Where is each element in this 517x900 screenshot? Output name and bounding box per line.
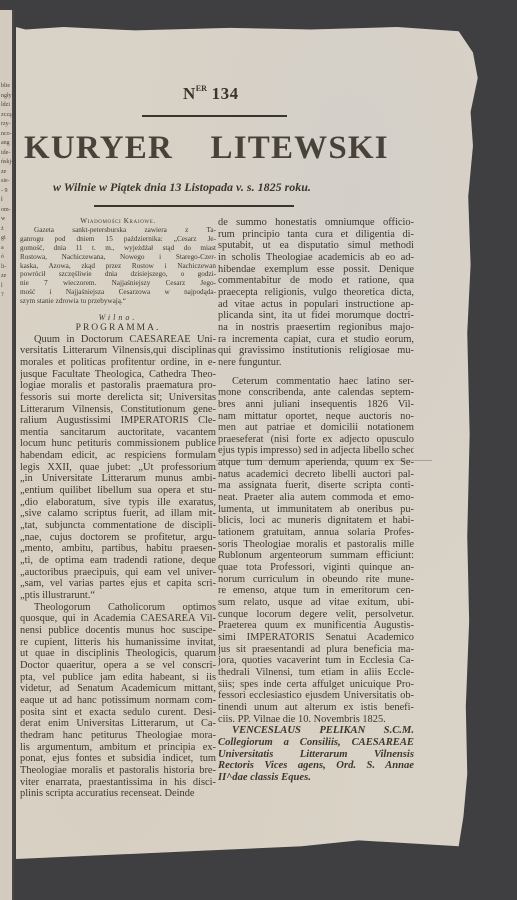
- text-line: logiae moralis et pastoralis praematura …: [20, 380, 216, 392]
- dateline: w Wilnie w Piątek dnia 13 Listopada v. s…: [53, 180, 311, 195]
- text-line: blicis, loci ac muneris dignitatem et ha…: [218, 515, 414, 527]
- text-line: „ti, de optima eam tradendi ratione, deq…: [20, 555, 216, 567]
- text-line: „ptis illustrarunt.“: [20, 590, 216, 602]
- city-heading: Wilno.: [20, 313, 216, 323]
- text-line: quae tota Professori, viginti quinque an…: [218, 562, 414, 574]
- text-line: morales et politicas profitentur ordine,…: [20, 357, 216, 369]
- text-line: thedrali Vilnensi, tum etiam in aliis Ec…: [218, 667, 414, 679]
- signature-block: VENCESLAUS PELIKAN S.C.M.Collegiorum a C…: [218, 725, 414, 783]
- text-line: nie 7 wieczorem. Najjaśniejszy Cesarz Je…: [20, 279, 216, 288]
- text-line: lumenta, ut immunitatem ab oneribus pu-: [218, 504, 414, 516]
- text-line: praeseferat (nisi forte ex adjecto opusc…: [218, 434, 414, 446]
- text-line: rum principio tanta cura et diligentia d…: [218, 229, 414, 241]
- right-column: de summo honestatis omniumque officio-ru…: [218, 217, 414, 784]
- text-line: soris Theologiae moralis et pastoralis m…: [218, 539, 414, 551]
- text-line: Gazeta sankt-petersburska zawiera z Ta-: [20, 226, 216, 235]
- text-line: Collegiorum a Consiliis, CAESAREAE: [218, 737, 414, 749]
- text-line: nam mittatur oportet, neque auctoris no-: [218, 411, 414, 423]
- text-line: jora, quoties vacaverint tum in Ecclesia…: [218, 655, 414, 667]
- news-heading: Wiadomości Krajowe.: [20, 217, 216, 226]
- text-line: eaque ut ad hanc potissimum normam com-: [20, 695, 216, 707]
- text-line: ralium Augustissimi IMPERATORIS Cle-: [20, 415, 216, 427]
- text-line: powrócił szczęśliwie dnia dzisiejszego, …: [20, 270, 216, 279]
- text-line: mentia sancitarum auctoritate, vacantem: [20, 427, 216, 439]
- text-line: „entium quilibet libellum sua opera et s…: [20, 485, 216, 497]
- text-line: derat enim Universitas Litterarum, ut Ca…: [20, 718, 216, 730]
- adjacent-page-edge: bliengłyldzizcząrzy-nco-angide-ńskj-zesi…: [0, 10, 14, 900]
- text-line: men aut patriae et domicilii notationem: [218, 422, 414, 434]
- text-line: plicanda sint, ita ut fidei morumque doc…: [218, 310, 414, 322]
- text-line: ponat, ejus fontes et subsidia indicet, …: [20, 753, 216, 765]
- text-line: Quum in Doctorum CAESAREAE Uni-: [20, 334, 216, 346]
- text-line: „auctoribus praecipuis, qui eam vel univ…: [20, 567, 216, 579]
- text-line: „mento, ambitu, partibus, habitu praesen…: [20, 543, 216, 555]
- programma-body: Quum in Doctorum CAESAREAE Uni-versitati…: [20, 334, 216, 602]
- text-line: nere funguntur.: [218, 357, 414, 369]
- masthead-title: KURYER LITEWSKI: [24, 130, 424, 167]
- programma-heading: PROGRAMMA.: [20, 323, 216, 334]
- text-line: re emenso, atque tum in emeritorum cen-: [218, 585, 414, 597]
- text-line: ut quae in disciplinis Theologicis, quar…: [20, 648, 216, 660]
- text-line: tationem gratuitam, annua solaria Profes…: [218, 527, 414, 539]
- newspaper-page: NER 134 KURYER LITEWSKI w Wilnie w Piąte…: [16, 27, 492, 876]
- text-line: ganrogu pod dniem 15 października: „Cesa…: [20, 235, 216, 244]
- text-line: ejus typis impresso) sed in adjecta libe…: [218, 445, 414, 457]
- rule-under-dateline: [94, 205, 294, 207]
- text-line: viter enarrata, praestantissima in his d…: [20, 777, 216, 789]
- text-line: mość i Najjaśniejsza Cesarzowa w najpodą…: [20, 288, 216, 297]
- text-line: in scholis Theologiae academicis ab eo a…: [218, 252, 414, 264]
- text-line: qui gravissimo institutionis religiosae …: [218, 345, 414, 357]
- rule-under-number: [142, 115, 287, 117]
- text-line: Theologiae moralis et pastoralis histori…: [20, 765, 216, 777]
- text-line: thedram hanc petiturus Theologiae mora-: [20, 730, 216, 742]
- text-line: posita sint et exacta sedulo curent. Des…: [20, 707, 216, 719]
- text-line: VENCESLAUS PELIKAN S.C.M.: [218, 725, 414, 737]
- text-line: praecepta religionis, vulgo theoretica d…: [218, 287, 414, 299]
- text-line: de summo honestatis omniumque officio-: [218, 217, 414, 229]
- text-line: Doctor quaeritur, opera a se vel conscri…: [20, 660, 216, 672]
- text-line: legis XXII, quae jubet: „Ut professorium: [20, 462, 216, 474]
- text-line: „sam, vel varias partes ejus et capita s…: [20, 578, 216, 590]
- right-paragraph-2: Ceterum commentatio haec latino ser-mone…: [218, 376, 414, 726]
- text-line: ciis. PP. Vilnae die 10. Novembris 1825.: [218, 714, 414, 726]
- left-column: Wiadomości Krajowe. Gazeta sankt-petersb…: [20, 217, 216, 800]
- text-line: fessori ecclesiastico ejusdem Universita…: [218, 690, 414, 702]
- text-line: Rostowa, Nachiczewana, Nowego i Starego-…: [20, 253, 216, 262]
- text-line: lis argumentum, ambitum et principia ex-: [20, 742, 216, 754]
- text-line: simi IMPERATORIS Senatui Academico: [218, 632, 414, 644]
- text-line: natus academici decreto libelli auctori …: [218, 469, 414, 481]
- programma-body-2: Theologorum Catholicorum optimosquosque,…: [20, 602, 216, 800]
- text-line: „tat, subjuncta commentatione de discipl…: [20, 520, 216, 532]
- text-line: locum hunc petituris commissionem public…: [20, 438, 216, 450]
- text-line: nensi publice docentis munus hoc suscipe…: [20, 625, 216, 637]
- text-line: plinis scripta accuratius recenseat. Dei…: [20, 788, 216, 800]
- text-line: „in Universitate Litterarum munus ambi-: [20, 473, 216, 485]
- text-line: pta, vel publice jam edita habeant, si i…: [20, 672, 216, 684]
- text-line: Ceterum commentatio haec latino ser-: [218, 376, 414, 388]
- text-line: tinendi unum aut alterum ex istis benefi…: [218, 702, 414, 714]
- text-line: videtur, ad Senatum Academicum mittant,: [20, 683, 216, 695]
- text-line: Litterarum Vilnensis, Constitutionum gen…: [20, 404, 216, 416]
- text-line: norum curriculum in obeundo rite mune-: [218, 574, 414, 586]
- text-line: jus sit praesentandi ad plura beneficia …: [218, 644, 414, 656]
- page-gutter: [12, 10, 14, 900]
- text-line: szym stanie zdrowia tu przebywają.“: [20, 297, 216, 306]
- text-line: Rublonum argenteorum summam efficiunt:: [218, 550, 414, 562]
- text-line: atque tum demum aperienda, quum ex Se-: [218, 457, 414, 469]
- issue-number: NER 134: [183, 84, 239, 104]
- text-line: siis; spes inde certa affulget unicuique…: [218, 679, 414, 691]
- text-line: „nae, cujus doctorem se profitetur, argu…: [20, 532, 216, 544]
- text-line: Rectoris Vices agens, Ord. S. Annae: [218, 760, 414, 772]
- text-line: kaska, Azowa, zkąd przez Rostow i Nachic…: [20, 262, 216, 271]
- text-line: II^dae classis Eques.: [218, 772, 414, 784]
- text-line: Universitatis Litterarum Vilnensis: [218, 749, 414, 761]
- text-line: habendam edicit, ac respiciens formulam: [20, 450, 216, 462]
- text-line: cunque locorum degere velit, persolvetur…: [218, 609, 414, 621]
- text-line: hibendae exemplum esse possit. Denique: [218, 264, 414, 276]
- text-line: fessoris sui morte derelicta sit; Univer…: [20, 392, 216, 404]
- text-line: commentabitur de modo et ratione, qua: [218, 275, 414, 287]
- text-line: ma assignata fuerit, diserte scripta con…: [218, 480, 414, 492]
- text-line: „dio elaboratum, sive typis ille exaratu…: [20, 497, 216, 509]
- text-line: bres anni juliani insequentis 1826 Vil-: [218, 399, 414, 411]
- domestic-news: Gazeta sankt-petersburska zawiera z Ta-g…: [20, 226, 216, 306]
- right-paragraph-1: de summo honestatis omniumque officio-ru…: [218, 217, 414, 369]
- text-line: re cupient, litteris his humanissime inv…: [20, 637, 216, 649]
- text-line: ra incrementa capiat, cura et studio eor…: [218, 334, 414, 346]
- text-line: „sive calamo scriptus fuerit, ad illam m…: [20, 508, 216, 520]
- text-line: Praeterea quum ex munificentia Augustis-: [218, 620, 414, 632]
- text-line: sputabit, ut ea disputatio simul methodi: [218, 240, 414, 252]
- text-line: mone conscribenda, ante calendas septem-: [218, 387, 414, 399]
- text-line: gomość, dnia 11 t. m., wyjeżdżał stąd do…: [20, 244, 216, 253]
- text-line: quosque, qui in Academia CAESAREA Vil-: [20, 613, 216, 625]
- text-line: Theologorum Catholicorum optimos: [20, 602, 216, 614]
- text-line: neat. Praeter alia autem commoda et emo-: [218, 492, 414, 504]
- text-line: jusque Facultate Theologica, Cathedra Th…: [20, 369, 216, 381]
- text-line: versitatis Litterarum Vilnensis,qui disc…: [20, 345, 216, 357]
- text-line: sum relato, usque ad vitae exitum, ubi-: [218, 597, 414, 609]
- text-line: na in nostris praesertim regionibus majo…: [218, 322, 414, 334]
- text-line: ad vitae actus in populari instructione …: [218, 299, 414, 311]
